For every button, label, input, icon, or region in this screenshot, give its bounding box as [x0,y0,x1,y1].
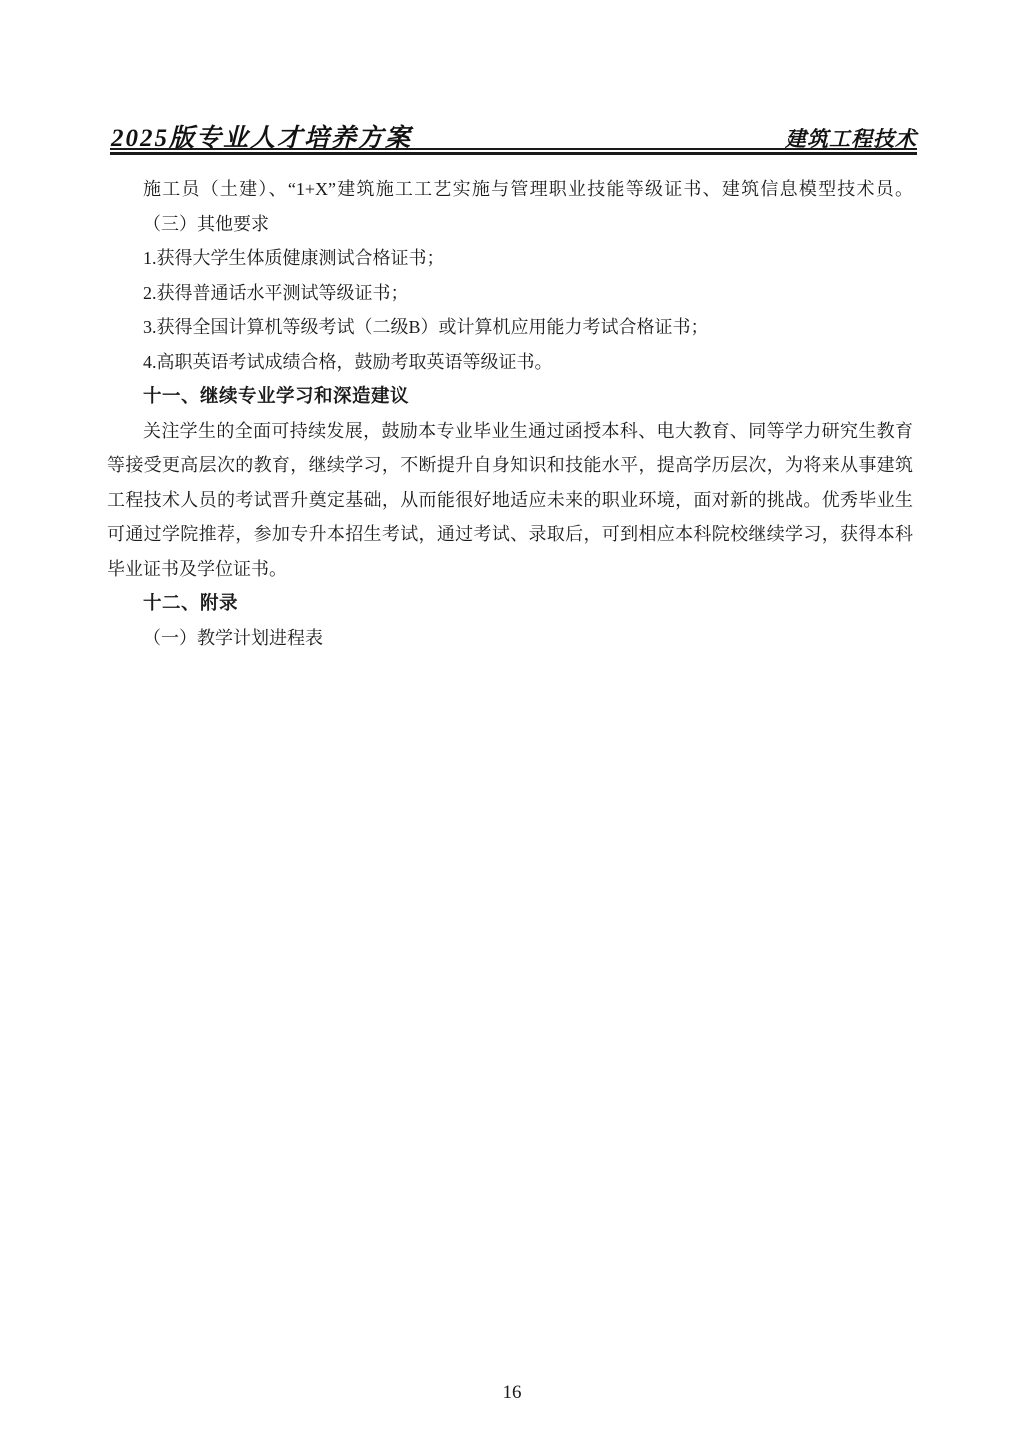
paragraph-line-5: 毕业证书及学位证书。 [107,552,913,587]
requirement-item-2: 2.获得普通话水平测试等级证书； [107,276,913,311]
page-number: 16 [503,1382,522,1403]
document-body: 施工员（土建）、“1+X”建筑施工工艺实施与管理职业技能等级证书、建筑信息模型技… [107,172,913,655]
section-heading-twelve: 十二、附录 [107,586,913,621]
header-rule [110,148,917,155]
paragraph-line-2: 等接受更高层次的教育，继续学习，不断提升自身知识和技能水平，提高学历层次，为将来… [107,448,913,483]
document-page: 2025版专业人才培养方案 建筑工程技术 施工员（土建）、“1+X”建筑施工工艺… [0,0,1024,1448]
subsection-heading-teaching-plan-table: （一）教学计划进程表 [107,621,913,656]
paragraph-line-3: 工程技术人员的考试晋升奠定基础，从而能很好地适应未来的职业环境，面对新的挑战。优… [107,483,913,518]
requirement-item-3: 3.获得全国计算机等级考试（二级B）或计算机应用能力考试合格证书； [107,310,913,345]
header-rule-thick-line [110,152,917,155]
paragraph-continuation-certificates: 施工员（土建）、“1+X”建筑施工工艺实施与管理职业技能等级证书、建筑信息模型技… [107,172,913,207]
paragraph-line-1: 关注学生的全面可持续发展，鼓励本专业毕业生通过函授本科、电大教育、同等学力研究生… [107,414,913,449]
paragraph-line-4: 可通过学院推荐，参加专升本招生考试，通过考试、录取后，可到相应本科院校继续学习，… [107,517,913,552]
section-heading-eleven: 十一、继续专业学习和深造建议 [107,379,913,414]
subsection-heading-other-requirements: （三）其他要求 [107,207,913,242]
page-footer: 16 [0,1382,1024,1404]
requirement-item-1: 1.获得大学生体质健康测试合格证书； [107,241,913,276]
header-rule-thin-line [110,148,917,150]
requirement-item-4: 4.高职英语考试成绩合格，鼓励考取英语等级证书。 [107,345,913,380]
